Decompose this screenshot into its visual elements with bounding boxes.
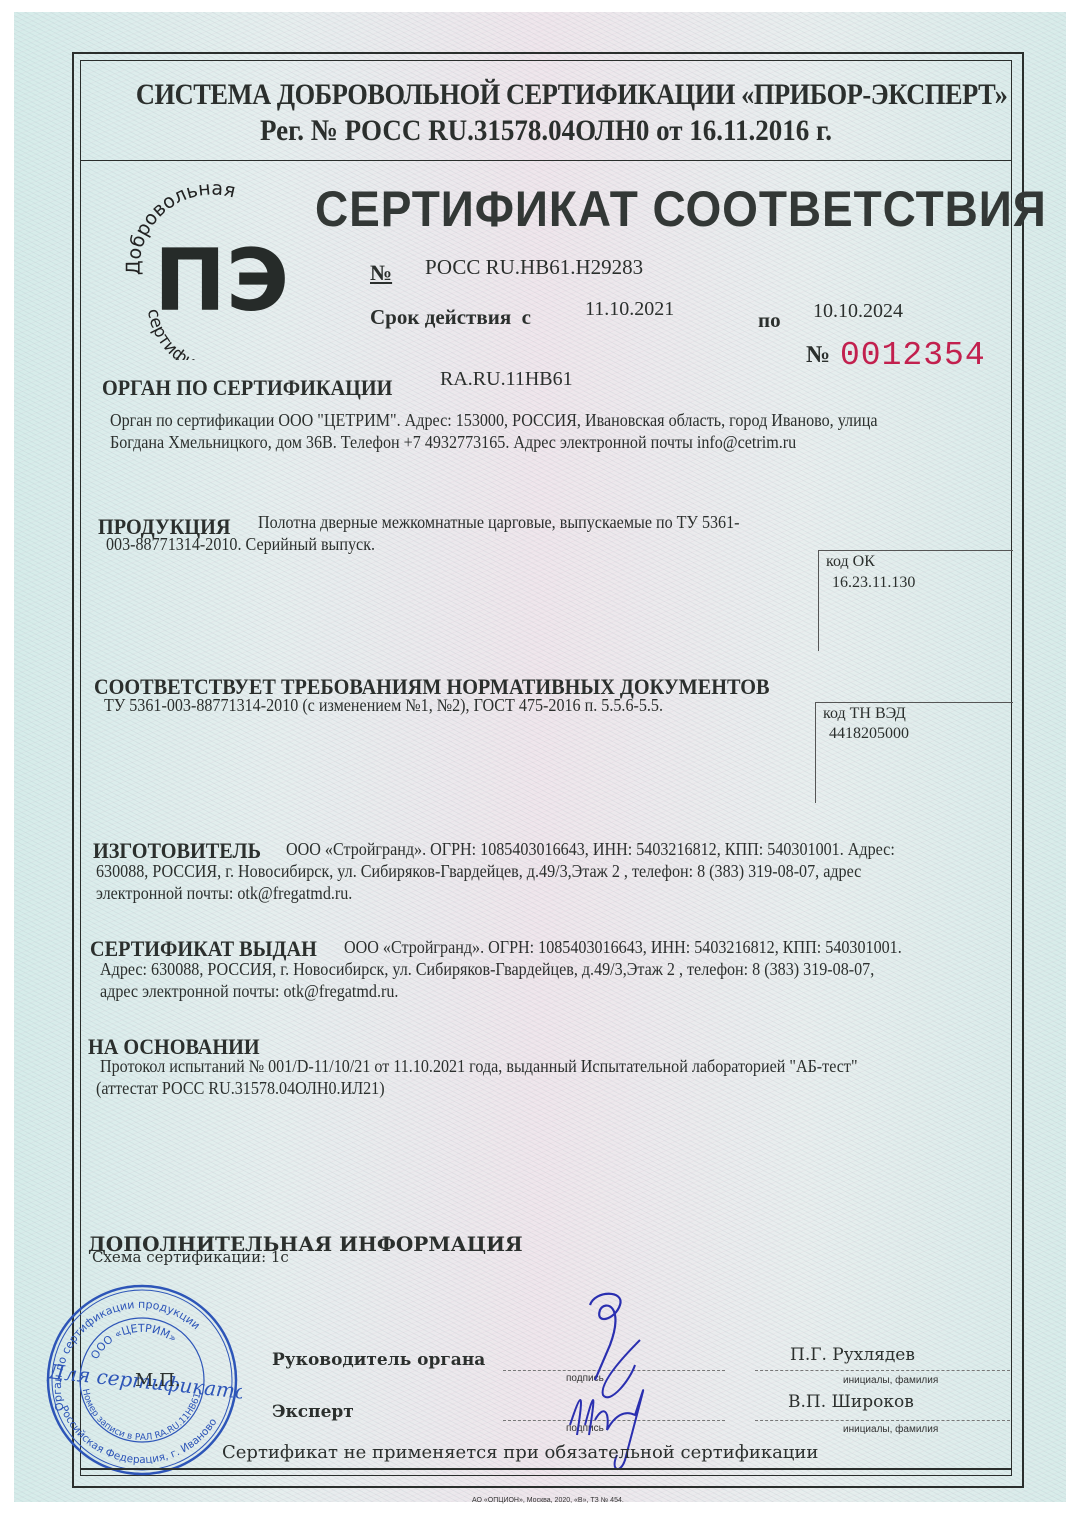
- seal-place-label: М.П.: [135, 1370, 181, 1391]
- printer-imprint: АО «ОПЦИОН», Москва, 2020, «В», ТЗ № 454…: [472, 1497, 624, 1504]
- head-of-body-label: Руководитель органа: [272, 1350, 485, 1370]
- expert-name-caption: инициалы, фамилия: [843, 1424, 938, 1435]
- header-divider: [80, 160, 1012, 161]
- blank-number-sign: №: [806, 342, 830, 369]
- number-sign: №: [370, 260, 392, 286]
- expert-name-line: [755, 1420, 1010, 1421]
- additional-info-line-1: Схема сертификации: 1с: [92, 1248, 289, 1266]
- certificate-title: СЕРТИФИКАТ СООТВЕТСТВИЯ: [315, 180, 1047, 238]
- tn-ved-code-label: код ТН ВЭД: [823, 705, 906, 723]
- head-name-line: [755, 1370, 1010, 1371]
- head-name: П.Г. Рухлядев: [790, 1345, 915, 1365]
- manufacturer-line-3: электронной почты: otk@fregatmd.ru.: [96, 882, 352, 904]
- issued-to-line-3: адрес электронной почты: otk@fregatmd.ru…: [100, 980, 398, 1002]
- stamp-company: ООО «ЦЕТРИМ»: [88, 1322, 179, 1362]
- valid-to-date: 10.10.2024: [813, 300, 903, 323]
- expert-label: Эксперт: [272, 1402, 354, 1422]
- certification-body-heading: ОРГАН ПО СЕРТИФИКАЦИИ: [102, 375, 392, 401]
- manufacturer-line-2: 630088, РОССИЯ, г. Новосибирск, ул. Сиби…: [96, 860, 861, 882]
- certificate-number: РОСС RU.НВ61.Н29283: [425, 255, 643, 280]
- expert-name: В.П. Широков: [788, 1392, 914, 1412]
- product-line-2: 003-88771314-2010. Серийный выпуск.: [106, 533, 375, 555]
- footer-note: Сертификат не применяется при обязательн…: [222, 1442, 818, 1463]
- okpd-code-label: код ОК: [826, 553, 875, 571]
- valid-from-date: 11.10.2021: [585, 298, 674, 321]
- product-line-1: Полотна дверные межкомнатные царговые, в…: [258, 511, 740, 533]
- system-title: СИСТЕМА ДОБРОВОЛЬНОЙ СЕРТИФИКАЦИИ «ПРИБО…: [136, 78, 956, 112]
- blank-serial-number: 0012354: [840, 337, 986, 374]
- validity-label: Срок действия с: [370, 305, 531, 330]
- manufacturer-line-1: ООО «Стройгранд». ОГРН: 1085403016643, И…: [286, 838, 895, 860]
- svg-text:ООО «ЦЕТРИМ»: ООО «ЦЕТРИМ»: [88, 1322, 179, 1362]
- voluntary-certification-logo-icon: Добровольная ПЭ сертификация: [100, 180, 320, 360]
- footer-divider: [80, 1468, 1012, 1470]
- basis-line-2: (аттестат РОСС RU.31578.04ОЛН0.ИЛ21): [96, 1077, 385, 1099]
- logo-letters: ПЭ: [154, 231, 289, 331]
- valid-to-label: по: [758, 308, 781, 333]
- certification-body-line-1: Орган по сертификации ООО "ЦЕТРИМ". Адре…: [110, 409, 877, 431]
- tn-ved-code-value: 4418205000: [829, 725, 909, 743]
- issued-to-line-1: ООО «Стройгранд». ОГРН: 1085403016643, И…: [344, 936, 902, 958]
- compliance-line-1: ТУ 5361-003-88771314-2010 (с изменением …: [104, 694, 663, 716]
- issued-to-line-2: Адрес: 630088, РОССИЯ, г. Новосибирск, у…: [100, 958, 874, 980]
- okpd-code-value: 16.23.11.130: [832, 574, 915, 592]
- certification-body-code: RA.RU.11НВ61: [440, 368, 573, 391]
- certification-body-line-2: Богдана Хмельницкого, дом 36В. Телефон +…: [110, 431, 796, 453]
- system-registration: Рег. № РОСС RU.31578.04ОЛН0 от 16.11.201…: [127, 114, 966, 148]
- basis-line-1: Протокол испытаний № 001/D-11/10/21 от 1…: [100, 1055, 858, 1077]
- head-name-caption: инициалы, фамилия: [843, 1375, 938, 1386]
